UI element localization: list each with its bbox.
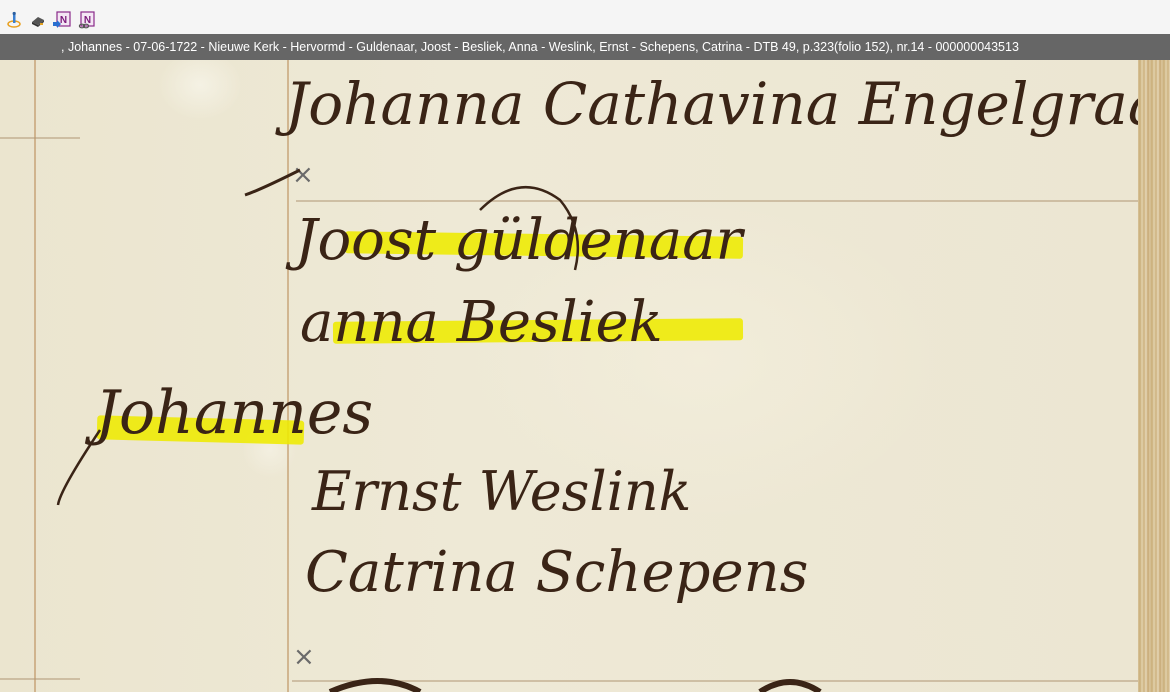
ink-flourishes: [0, 60, 1170, 692]
onenote-send-icon: N: [53, 11, 71, 29]
record-title-bar: , Johannes - 07-06-1722 - Nieuwe Kerk - …: [0, 34, 1170, 60]
pin-tool-button[interactable]: [5, 11, 23, 29]
record-title: , Johannes - 07-06-1722 - Nieuwe Kerk - …: [61, 34, 1019, 60]
onenote-link-icon: N: [77, 11, 95, 29]
book-binding-edge: [1138, 60, 1170, 692]
print-button[interactable]: [29, 11, 47, 29]
svg-text:N: N: [60, 15, 67, 26]
toolbar: N N: [0, 0, 1170, 34]
send-to-onenote-button[interactable]: N: [53, 11, 71, 29]
printer-icon: [29, 11, 47, 29]
pushpin-icon: [5, 11, 23, 29]
onenote-linked-notes-button[interactable]: N: [77, 11, 95, 29]
document-image-viewer[interactable]: Johanna Cathavina Engelgraaf × Joost gül…: [0, 60, 1170, 692]
